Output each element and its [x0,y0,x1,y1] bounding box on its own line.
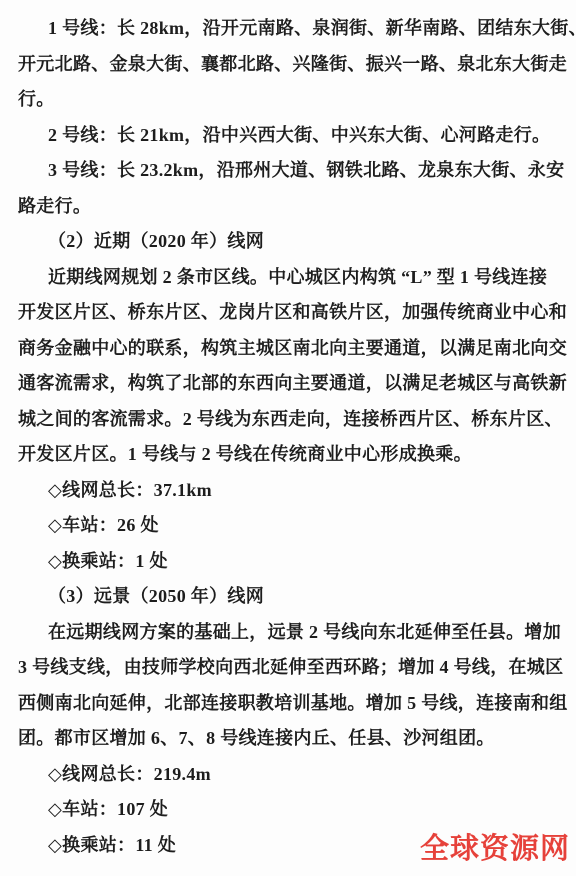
document-line: 近期线网规划 2 条市区线。中心城区内构筑 “L” 型 1 号线连接 [18,260,570,296]
document-line: （2）近期（2020 年）线网 [18,224,570,260]
document-body: 1 号线：长 28km，沿开元南路、泉润街、新华南路、团结东大街、 开元北路、金… [18,11,570,863]
document-line: ◇车站：26 处 [18,508,570,544]
document-line: 通客流需求，构筑了北部的东西向主要通道，以满足老城区与高铁新 [18,366,570,402]
document-line: ◇线网总长：219.4m [18,757,570,793]
document-line: 路走行。 [18,189,570,225]
document-line: 城之间的客流需求。2 号线为东西走向，连接桥西片区、桥东片区、 [18,402,570,438]
document-line: ◇线网总长：37.1km [18,473,570,509]
document-line: （3）远景（2050 年）线网 [18,579,570,615]
document-line: 团。都市区增加 6、7、8 号线连接内丘、任县、沙河组团。 [18,721,570,757]
document-line: 开元北路、金泉大街、襄都北路、兴隆街、振兴一路、泉北东大街走 [18,47,570,83]
document-line: 1 号线：长 28km，沿开元南路、泉润街、新华南路、团结东大街、 [18,11,570,47]
document-line: 在远期线网方案的基础上，远景 2 号线向东北延伸至任县。增加 [18,615,570,651]
document-line: 西侧南北向延伸，北部连接职教培训基地。增加 5 号线，连接南和组 [18,686,570,722]
document-line: ◇换乘站：1 处 [18,544,570,580]
document-line: 开发区片区。1 号线与 2 号线在传统商业中心形成换乘。 [18,437,570,473]
document-line: 2 号线：长 21km，沿中兴西大街、中兴东大街、心河路走行。 [18,118,570,154]
document-line: 3 号线支线，由技师学校向西北延伸至西环路；增加 4 号线，在城区 [18,650,570,686]
document-line: 行。 [18,82,570,118]
document-line: 开发区片区、桥东片区、龙岗片区和高铁片区，加强传统商业中心和 [18,295,570,331]
document-line: 商务金融中心的联系，构筑主城区南北向主要通道，以满足南北向交 [18,331,570,367]
document-page: 1 号线：长 28km，沿开元南路、泉润街、新华南路、团结东大街、 开元北路、金… [0,0,576,876]
watermark: 全球资源网 [420,826,570,867]
document-line: ◇车站：107 处 [18,792,570,828]
document-line: 3 号线：长 23.2km，沿邢州大道、钢铁北路、龙泉东大街、永安 [18,153,570,189]
